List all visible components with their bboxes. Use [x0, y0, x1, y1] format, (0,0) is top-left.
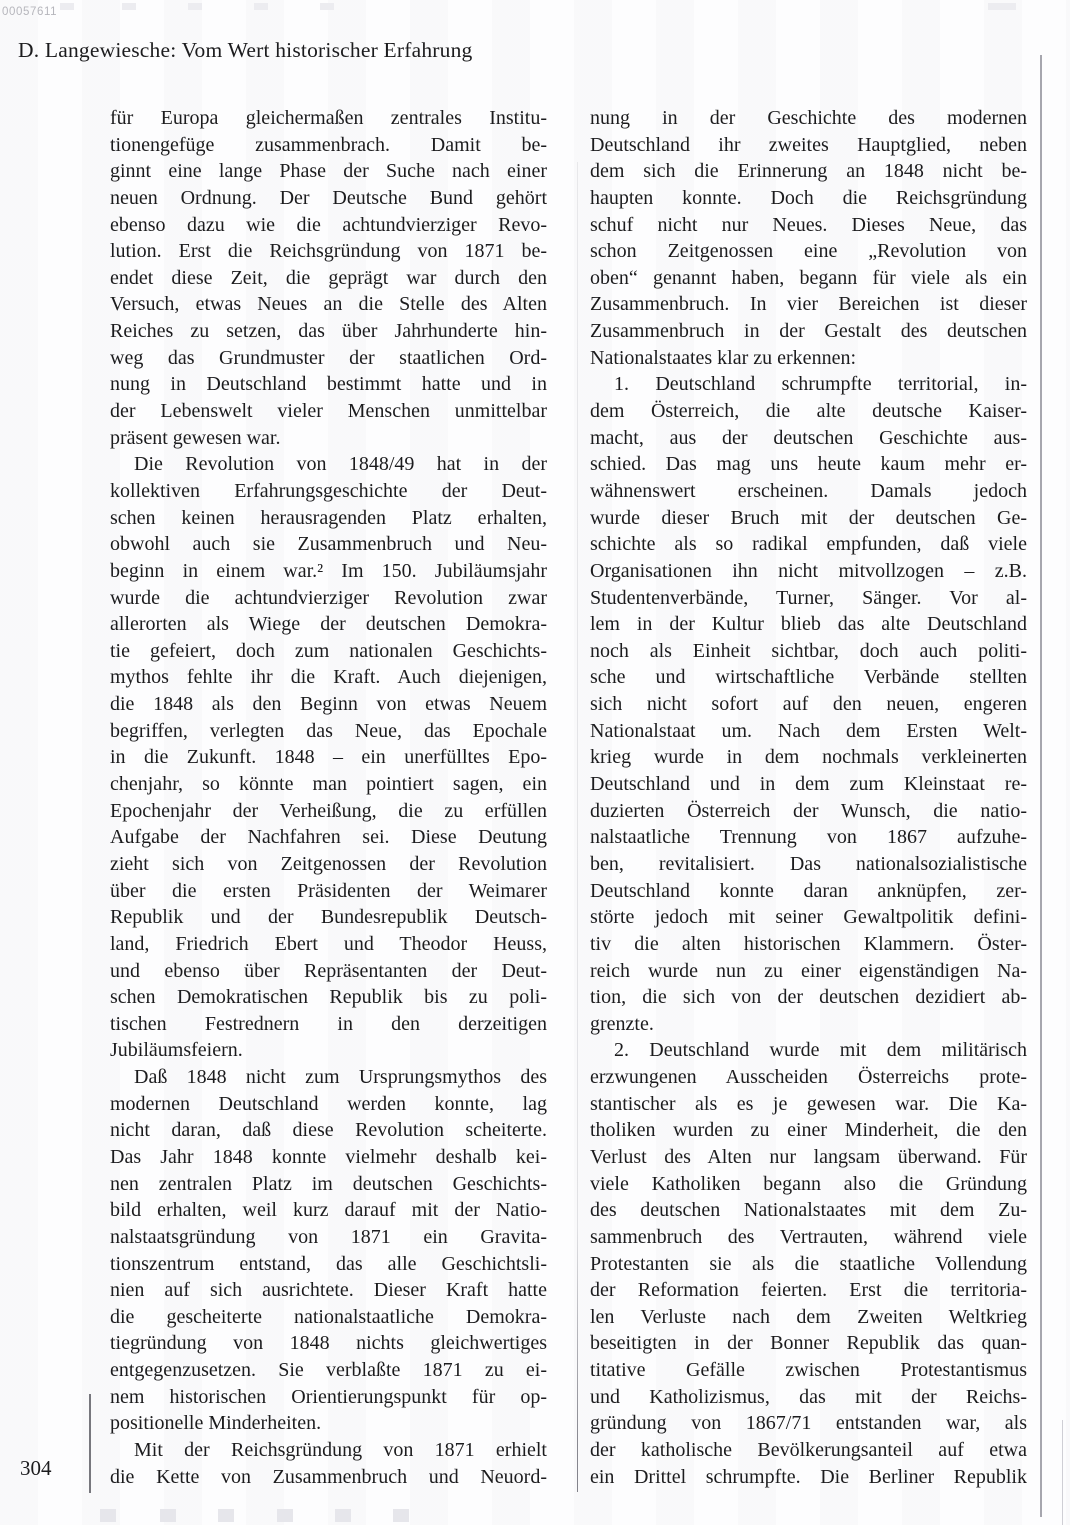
text-line: neuen Ordnung. Der Deutsche Bund gehört [110, 185, 547, 212]
scan-stamp: 00057611 [2, 6, 57, 18]
text-line: tionszentrum entstand, das alle Geschich… [110, 1251, 547, 1278]
text-line: grenzte. [590, 1011, 1027, 1038]
text-line: erzwungenen Ausscheiden Österreichs prot… [590, 1064, 1027, 1091]
text-line: Deutschland ihr zweites Hauptglied, nebe… [590, 132, 1027, 159]
text-line: nung in der Geschichte des modernen [590, 105, 1027, 132]
text-line: land, Friedrich Ebert und Theodor Heuss, [110, 931, 547, 958]
text-line: sich nicht sofort auf den neuen, engeren [590, 691, 1027, 718]
text-line: mythos fehlte ihr die Kraft. Auch diejen… [110, 664, 547, 691]
text-line: schichte als so radikal empfunden, daß v… [590, 531, 1027, 558]
text-column-left: für Europa gleichermaßen zentrales Insti… [110, 105, 547, 1490]
page-number: 304 [20, 1456, 52, 1481]
text-line: der Reformation feierten. Erst die terri… [590, 1277, 1027, 1304]
text-line: reich wurde nun zu einer eigenständigen … [590, 958, 1027, 985]
text-line: die gescheiterte nationalstaatliche Demo… [110, 1304, 547, 1331]
text-line: Mit der Reichsgründung von 1871 erhielt [110, 1437, 547, 1464]
text-line: schied. Das mag uns heute kaum mehr er- [590, 451, 1027, 478]
paragraph: 2. Deutschland wurde mit dem militärisch… [590, 1037, 1027, 1490]
text-line: der katholische Bevölkerungsanteil auf e… [590, 1437, 1027, 1464]
text-line: tholiken wurden zu einer Minderheit, die… [590, 1117, 1027, 1144]
text-line: len Verluste nach dem Zweiten Weltkrieg [590, 1304, 1027, 1331]
text-line: tion, die sich von der deutschen dezidie… [590, 984, 1027, 1011]
text-line: der Lebenswelt vieler Menschen unmittelb… [110, 398, 547, 425]
scan-artifact-mark [188, 3, 202, 10]
text-line: Protestanten sie als die staatliche Voll… [590, 1251, 1027, 1278]
scan-artifact-mark [218, 1509, 234, 1522]
text-line: duzierten Österreich der Wunsch, die nat… [590, 798, 1027, 825]
text-line: viele Katholiken begann also die Gründun… [590, 1171, 1027, 1198]
scan-artifact-mark [254, 3, 268, 10]
text-line: 2. Deutschland wurde mit dem militärisch [590, 1037, 1027, 1064]
text-line: beginn in einem war.² Im 150. Jubiläumsj… [110, 558, 547, 585]
text-line: oben“ genannt haben, begann für viele al… [590, 265, 1027, 292]
text-line: nung in Deutschland bestimmt hatte und i… [110, 371, 547, 398]
text-line: schon Zeitgenossen eine „Revolution von [590, 238, 1027, 265]
text-line: schen Demokratischen Republik bis zu pol… [110, 984, 547, 1011]
text-line: wurde die achtundvierziger Revolution zw… [110, 585, 547, 612]
text-line: schuf nicht nur Neues. Dieses Neue, das [590, 212, 1027, 239]
text-line: Reiches zu setzen, das über Jahrhunderte… [110, 318, 547, 345]
running-header: D. Langewiesche: Vom Wert historischer E… [18, 38, 472, 63]
scan-artifact-mark [320, 3, 334, 10]
text-line: dem Österreich, die alte deutsche Kaiser… [590, 398, 1027, 425]
text-line: weg das Grundmuster der staatlichen Ord- [110, 345, 547, 372]
text-line: Das Jahr 1848 konnte vielmehr deshalb ke… [110, 1144, 547, 1171]
text-line: und ebenso über Repräsentanten der Deut- [110, 958, 547, 985]
text-line: Republik und der Bundesrepublik Deutsch- [110, 904, 547, 931]
text-line: Jubiläumsfeiern. [110, 1037, 547, 1064]
text-line: in die Zukunft. 1848 – ein unerfülltes E… [110, 744, 547, 771]
text-line: nalstaatliche Trennung von 1867 aufzuhe- [590, 824, 1027, 851]
text-line: für Europa gleichermaßen zentrales Insti… [110, 105, 547, 132]
paragraph: Daß 1848 nicht zum Ursprungsmythos desmo… [110, 1064, 547, 1437]
text-line: nalstaatsgründung von 1871 ein Gravita- [110, 1224, 547, 1251]
text-line: dem sich die Erinnerung an 1848 nicht be… [590, 158, 1027, 185]
text-line: und Katholizismus, das mit der Reichs- [590, 1384, 1027, 1411]
text-line: obwohl auch sie Zusammenbruch und Neu- [110, 531, 547, 558]
text-line: die Kette von Zusammenbruch und Neuord- [110, 1464, 547, 1491]
text-line: über die ersten Präsidenten der Weimarer [110, 878, 547, 905]
text-line: krieg wurde in dem nochmals verkleinerte… [590, 744, 1027, 771]
text-line: tiegründung von 1848 nichts gleichwertig… [110, 1330, 547, 1357]
paragraph: Die Revolution von 1848/49 hat in derkol… [110, 451, 547, 1064]
text-line: bild erhalten, weil kurz darauf mit der … [110, 1197, 547, 1224]
text-line: wähnenswert erscheinen. Damals jedoch [590, 478, 1027, 505]
text-line: begriffen, verlegten das Neue, das Epoch… [110, 718, 547, 745]
text-line: positionelle Minderheiten. [110, 1410, 547, 1437]
text-line: Zusammenbruch in der Gestalt des deutsch… [590, 318, 1027, 345]
text-line: Deutschland konnte daran anknüpfen, zer- [590, 878, 1027, 905]
text-column-right: nung in der Geschichte des modernenDeuts… [590, 105, 1027, 1490]
text-line: Verlust des Alten nur langsam überwand. … [590, 1144, 1027, 1171]
text-line: chenjahr, so könnte man pointiert sagen,… [110, 771, 547, 798]
text-line: störte jedoch mit seiner Gewaltpolitik d… [590, 904, 1027, 931]
text-line: lem in der Kultur blieb das alte Deutsch… [590, 611, 1027, 638]
text-line: haupten konnte. Doch die Reichsgründung [590, 185, 1027, 212]
text-line: Organisationen ihn nicht mitvollzogen – … [590, 558, 1027, 585]
text-line: tie gefeiert, doch zum nationalen Geschi… [110, 638, 547, 665]
text-line: Nationalstaat um. Nach dem Ersten Welt- [590, 718, 1027, 745]
text-line: lution. Erst die Reichsgründung von 1871… [110, 238, 547, 265]
paragraph: für Europa gleichermaßen zentrales Insti… [110, 105, 547, 451]
text-line: Deutschland und in dem zum Kleinstaat re… [590, 771, 1027, 798]
text-line: tischen Festrednern in den derzeitigen [110, 1011, 547, 1038]
text-line: schen keinen herausragenden Platz erhalt… [110, 505, 547, 532]
text-line: kollektiven Erfahrungsgeschichte der Deu… [110, 478, 547, 505]
text-line: modernen Deutschland werden konnte, lag [110, 1091, 547, 1118]
scan-artifact-mark [393, 1509, 409, 1522]
text-line: beseitigten in der Bonner Republik das q… [590, 1330, 1027, 1357]
text-line: entgegenzusetzen. Sie verblaßte 1871 zu … [110, 1357, 547, 1384]
text-line: zieht sich von Zeitgenossen der Revoluti… [110, 851, 547, 878]
text-line: des deutschen Nationalstaates mit dem Zu… [590, 1197, 1027, 1224]
text-line: ebenso dazu wie die achtundvierziger Rev… [110, 212, 547, 239]
text-line: nem historischen Orientierungspunkt für … [110, 1384, 547, 1411]
text-line: 1. Deutschland schrumpfte territorial, i… [590, 371, 1027, 398]
text-line: ginnt eine lange Phase der Suche nach ei… [110, 158, 547, 185]
scan-artifact-mark [122, 3, 136, 10]
column-rule [577, 162, 578, 1492]
scan-artifact-mark [100, 1509, 116, 1522]
scan-artifact-mark [335, 1509, 351, 1522]
text-line: Versuch, etwas Neues an die Stelle des A… [110, 291, 547, 318]
text-line: sammenbruch des Vertrauten, während viel… [590, 1224, 1027, 1251]
text-line: Studentenverbände, Turner, Sänger. Vor a… [590, 585, 1027, 612]
scan-artifact-mark [277, 1509, 293, 1522]
document-page: 00057611 D. Langewiesche: Vom Wert histo… [0, 0, 1070, 1525]
text-line: macht, aus der deutschen Geschichte aus- [590, 425, 1027, 452]
text-line: Die Revolution von 1848/49 hat in der [110, 451, 547, 478]
text-line: Aufgabe der Nachfahren sei. Diese Deutun… [110, 824, 547, 851]
text-line: nicht daran, daß diese Revolution scheit… [110, 1117, 547, 1144]
scan-artifact-mark [60, 3, 74, 10]
text-line: wurde dieser Bruch mit der deutschen Ge- [590, 505, 1027, 532]
paragraph: nung in der Geschichte des modernenDeuts… [590, 105, 1027, 371]
paragraph: 1. Deutschland schrumpfte territorial, i… [590, 371, 1027, 1037]
text-line: Nationalstaates klar zu erkennen: [590, 345, 1027, 372]
text-line: gründung von 1867/71 entstanden war, als [590, 1410, 1027, 1437]
page-edge-rule-2 [1062, 1420, 1063, 1525]
text-line: präsent gewesen war. [110, 425, 547, 452]
scan-artifact-mark [160, 1509, 176, 1522]
text-line: endet diese Zeit, die geprägt war durch … [110, 265, 547, 292]
page-number-rule [89, 1394, 91, 1493]
text-line: ein Drittel schrumpfte. Die Berliner Rep… [590, 1464, 1027, 1491]
text-line: Daß 1848 nicht zum Ursprungsmythos des [110, 1064, 547, 1091]
text-line: die 1848 als den Beginn von etwas Neuem [110, 691, 547, 718]
paragraph: Mit der Reichsgründung von 1871 erhieltd… [110, 1437, 547, 1490]
text-line: noch als Einheit sichtbar, doch auch pol… [590, 638, 1027, 665]
page-edge-rule [1040, 55, 1042, 1517]
text-line: tiv die alten historischen Klammern. Öst… [590, 931, 1027, 958]
text-line: tionengefüge zusammenbrach. Damit be- [110, 132, 547, 159]
text-line: ben, revitalisiert. Das nationalsozialis… [590, 851, 1027, 878]
text-line: titative Gefälle zwischen Protestantismu… [590, 1357, 1027, 1384]
scan-artifact-mark [988, 3, 1016, 10]
text-line: allerorten als Wiege der deutschen Demok… [110, 611, 547, 638]
text-line: Zusammenbruch. In vier Bereichen ist die… [590, 291, 1027, 318]
text-line: nen zentralen Platz im deutschen Geschic… [110, 1171, 547, 1198]
text-line: Epochenjahr der Verheißung, die zu erfül… [110, 798, 547, 825]
text-line: nien auf sich ausrichtete. Dieser Kraft … [110, 1277, 547, 1304]
text-line: stantischer als es je gewesen war. Die K… [590, 1091, 1027, 1118]
text-line: sche und wirtschaftliche Verbände stellt… [590, 664, 1027, 691]
